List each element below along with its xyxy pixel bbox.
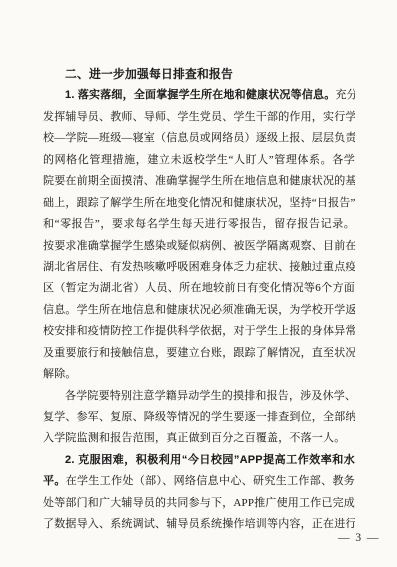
- text-line: 按要求准确掌握学生感染或疑似病例、被医学隔离观察、目前在: [43, 236, 355, 257]
- text-line: 入学院监测和报告范围，真正做到百分之百覆盖，不落一人。: [43, 428, 355, 449]
- text-run: 解除。: [43, 368, 77, 380]
- text-run: 入学院监测和报告范围，真正做到百分之百覆盖，不落一人。: [43, 432, 345, 444]
- text-run: 各学院要特别注意学籍异动学生的摸排和报告，涉及休学、: [65, 390, 355, 402]
- page-number: — 3 —: [338, 530, 380, 546]
- bold-run: 2. 克服困难，积极利用“今日校园”APP提高工作效率和水: [65, 454, 355, 466]
- text-line: 湖北省居住、有发热咳嗽呼吸困难身体乏力症状、接触过重点疫: [43, 257, 355, 278]
- text-line: 各学院要特别注意学籍异动学生的摸排和报告，涉及休学、: [43, 386, 355, 407]
- text-line: 处等部门和广大辅导员的共同参与下，APP推广使用工作已完成: [43, 493, 355, 514]
- text-line: 1. 落实落细，全面掌握学生所在地和健康状况等信息。充分: [43, 85, 355, 106]
- text-line: 的网格化管理措施，建立未返校学生“人盯人”管理体系。各学: [43, 150, 355, 171]
- text-run: 发挥辅导员、教师、导师、学生党员、学生干部的作用，实行学: [43, 111, 355, 123]
- text-line: 校安排和疫情防控工作提供科学依据，对于学生上报的身体异常: [43, 321, 355, 342]
- section-heading: 二、进一步加强每日排查和报告: [43, 64, 355, 85]
- text-line: 复学、参军、复原、降级等情况的学生要逐一排查到位，全部纳: [43, 407, 355, 428]
- text-line: 2. 克服困难，积极利用“今日校园”APP提高工作效率和水: [43, 450, 355, 471]
- text-run: 区（暂定为湖北省）人员、所在地较前日有变化情况等6个方面: [43, 282, 355, 294]
- text-run: 校安排和疫情防控工作提供科学依据，对于学生上报的身体异常: [43, 325, 355, 337]
- text-run: 处等部门和广大辅导员的共同参与下，APP推广使用工作已完成: [43, 497, 355, 509]
- text-line: 信息。学生所在地信息和健康状况必须准确无误，为学校开学返: [43, 300, 355, 321]
- text-run: 及重要旅行和接触信息，要建立台账，跟踪了解情况，直至状况: [43, 347, 355, 359]
- text-line: 校—学院—班级—寝室（信息员或网络员）逐级上报、层层负责: [43, 128, 355, 149]
- text-line: 了数据导入、系统调试、辅导员系统操作培训等内容，正在进行: [43, 514, 355, 535]
- text-run: 础上，跟踪了解学生所在地变化情况和健康状况，坚持“日报告”: [43, 197, 355, 209]
- text-line: 平。在学生工作处（部）、网络信息中心、研究生工作部、教务: [43, 471, 355, 492]
- text-run: 院要在前期全面摸清、准确掌握学生所在地信息和健康状况的基: [43, 175, 355, 187]
- text-run: 湖北省居住、有发热咳嗽呼吸困难身体乏力症状、接触过重点疫: [43, 261, 355, 273]
- bold-run: 1. 落实落细，全面掌握学生所在地和健康状况等信息。: [65, 89, 335, 101]
- text-line: 院要在前期全面摸清、准确掌握学生所在地信息和健康状况的基: [43, 171, 355, 192]
- document-page: 二、进一步加强每日排查和报告 1. 落实落细，全面掌握学生所在地和健康状况等信息…: [0, 0, 397, 567]
- text-run: 复学、参军、复原、降级等情况的学生要逐一排查到位，全部纳: [43, 411, 355, 423]
- text-run: 按要求准确掌握学生感染或疑似病例、被医学隔离观察、目前在: [43, 240, 355, 252]
- text-run: 和“零报告”，要求每名学生每天进行零报告，留存报告记录。: [43, 218, 355, 230]
- text-line: 发挥辅导员、教师、导师、学生党员、学生干部的作用，实行学: [43, 107, 355, 128]
- bold-run: 平。: [43, 475, 66, 487]
- text-line: 础上，跟踪了解学生所在地变化情况和健康状况，坚持“日报告”: [43, 193, 355, 214]
- text-run: 了数据导入、系统调试、辅导员系统操作培训等内容，正在进行: [43, 518, 355, 530]
- text-run: 校—学院—班级—寝室（信息员或网络员）逐级上报、层层负责: [43, 132, 355, 144]
- text-run: 充分: [335, 89, 355, 101]
- text-run: 在学生工作处（部）、网络信息中心、研究生工作部、教务: [66, 475, 355, 487]
- text-run: 信息。学生所在地信息和健康状况必须准确无误，为学校开学返: [43, 304, 355, 316]
- text-run: 的网格化管理措施，建立未返校学生“人盯人”管理体系。各学: [43, 154, 355, 166]
- text-line: 解除。: [43, 364, 355, 385]
- text-line: 区（暂定为湖北省）人员、所在地较前日有变化情况等6个方面: [43, 278, 355, 299]
- text-line: 及重要旅行和接触信息，要建立台账，跟踪了解情况，直至状况: [43, 343, 355, 364]
- text-line: 和“零报告”，要求每名学生每天进行零报告，留存报告记录。: [43, 214, 355, 235]
- document-content: 二、进一步加强每日排查和报告 1. 落实落细，全面掌握学生所在地和健康状况等信息…: [43, 64, 355, 536]
